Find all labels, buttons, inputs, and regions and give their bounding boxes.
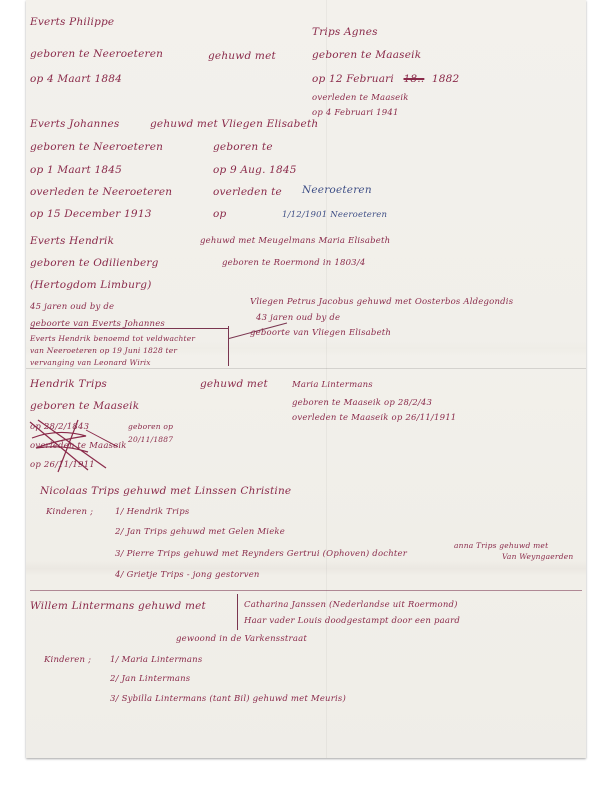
- spouse-death-place: overleden te Maaseik: [312, 93, 409, 103]
- side-note: anna Trips gehuwd met: [454, 541, 548, 550]
- child-item: 2/ Jan Lintermans: [110, 674, 190, 684]
- person-name: Everts Philippe: [30, 16, 114, 28]
- birth-place: geboren te Maaseik: [30, 400, 139, 412]
- family-heading: Nicolaas Trips gehuwd met Linssen Christ…: [40, 485, 291, 497]
- spouse-death: overleden te Maaseik op 26/11/1911: [292, 413, 456, 423]
- vertical-separator: [237, 594, 238, 630]
- spouse-death-date: op: [213, 208, 226, 220]
- person-name: Hendrik Trips: [30, 378, 107, 390]
- handwritten-genealogy-page: [26, 0, 586, 758]
- family-heading: Willem Lintermans gehuwd met: [30, 600, 206, 612]
- spouse-note: Haar vader Louis doodgestampt door een p…: [244, 616, 460, 626]
- person-name: Everts Hendrik: [30, 235, 114, 247]
- residence-note: gewoond in de Varkensstraat: [176, 634, 307, 644]
- vliegen-note: Vliegen Petrus Jacobus gehuwd met Ooster…: [250, 297, 513, 307]
- correction-date: 20/11/1887: [128, 435, 173, 444]
- death-place: overleden te Neeroeteren: [30, 186, 172, 198]
- person-name: Everts Johannes: [30, 118, 119, 130]
- pencil-annotation-place: Neeroeteren: [302, 184, 372, 196]
- child-item: 1/ Maria Lintermans: [110, 655, 202, 665]
- boxed-note: vervanging van Leonard Wirix: [30, 358, 151, 367]
- spouse-birth: geboren te Roermond in 1803/4: [222, 258, 365, 268]
- birth-region: (Hertogdom Limburg): [30, 279, 152, 291]
- spouse-line: gehuwd met Meugelmans Maria Elisabeth: [200, 236, 390, 246]
- box-right-border: [228, 326, 229, 366]
- boxed-note: Everts Hendrik benoemd tot veldwachter: [30, 334, 195, 343]
- child-item: 2/ Jan Trips gehuwd met Gelen Mieke: [115, 527, 285, 537]
- spouse-death-place: overleden te: [213, 186, 282, 198]
- age-note: 45 jaren oud by de: [30, 302, 114, 312]
- box-top-border: [30, 328, 228, 329]
- section-divider: [30, 590, 582, 591]
- children-label: Kinderen ;: [44, 655, 91, 665]
- death-date: op 15 December 1913: [30, 208, 152, 220]
- birth-place: geboren te Neeroeteren: [30, 48, 163, 60]
- pencil-annotation-date: 1/12/1901 Neeroeteren: [282, 210, 387, 220]
- vliegen-note: geboorte van Vliegen Elisabeth: [250, 328, 391, 338]
- child-item: 3/ Pierre Trips gehuwd met Reynders Gert…: [115, 549, 407, 559]
- married-label: gehuwd met: [208, 50, 276, 62]
- birth-date: op 1 Maart 1845: [30, 164, 122, 176]
- vliegen-note: 43 jaren oud by de: [256, 313, 340, 323]
- fold-line: [26, 368, 586, 369]
- boxed-note: van Neeroeteren op 19 Juni 1828 ter: [30, 346, 177, 355]
- child-item: 1/ Hendrik Trips: [115, 507, 189, 517]
- spouse-birth-date: op 9 Aug. 1845: [213, 164, 297, 176]
- correction-note: geboren op: [128, 422, 173, 431]
- spouse-birth-place: geboren te: [213, 141, 273, 153]
- divider: [228, 328, 229, 330]
- child-item: 4/ Grietje Trips - jong gestorven: [115, 570, 260, 580]
- spouse-birth-place: geboren te Maaseik: [312, 49, 421, 61]
- spouse-birth-date: op 12 Februari 18.. 1882: [312, 73, 459, 85]
- birth-place: geboren te Neeroeteren: [30, 141, 163, 153]
- married-label: gehuwd met: [200, 378, 268, 390]
- spouse-death-date: op 4 Februari 1941: [312, 108, 399, 118]
- spouse-line: gehuwd met Vliegen Elisabeth: [150, 118, 318, 130]
- struck-year: 18..: [404, 73, 425, 85]
- child-item: 3/ Sybilla Lintermans (tant Bil) gehuwd …: [110, 694, 346, 704]
- spouse-birth: geboren te Maaseik op 28/2/43: [292, 398, 432, 408]
- spouse-name: Trips Agnes: [312, 26, 378, 38]
- spouse-name: Maria Lintermans: [292, 380, 373, 390]
- side-note: Van Weyngaerden: [502, 552, 573, 561]
- crossed-out-scribble: [28, 418, 118, 473]
- birth-date: op 4 Maart 1884: [30, 73, 122, 85]
- spouse-line: Catharina Janssen (Nederlandse uit Roerm…: [244, 600, 458, 610]
- birth-place: geboren te Odilienberg: [30, 257, 159, 269]
- children-label: Kinderen ;: [46, 507, 93, 517]
